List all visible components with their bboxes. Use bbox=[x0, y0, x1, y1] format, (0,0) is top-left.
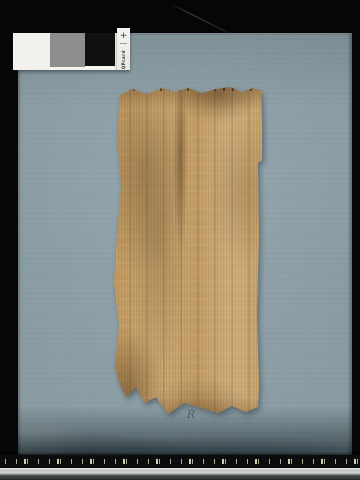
pencil-inscription: R bbox=[181, 408, 201, 421]
registration-cross-icon: + bbox=[120, 31, 128, 41]
calibration-patch-grey bbox=[50, 33, 85, 67]
papyrus-fragment bbox=[112, 85, 264, 417]
calibration-brand-text: QPcard bbox=[121, 50, 126, 69]
calibration-patch-black bbox=[85, 33, 115, 66]
calibration-patch-white bbox=[13, 33, 50, 70]
calibration-card-label: + QPcard bbox=[117, 28, 130, 70]
measuring-ruler bbox=[0, 455, 360, 480]
ruler-scale-band bbox=[0, 455, 360, 468]
papyrus-surface bbox=[112, 85, 264, 417]
photograph: + QPcard R bbox=[0, 0, 360, 480]
scratch-line bbox=[170, 3, 233, 35]
greyscale-calibration-card bbox=[13, 33, 117, 70]
ruler-metal-edge bbox=[0, 468, 360, 475]
ruler-base bbox=[0, 475, 360, 480]
label-divider bbox=[120, 43, 127, 44]
